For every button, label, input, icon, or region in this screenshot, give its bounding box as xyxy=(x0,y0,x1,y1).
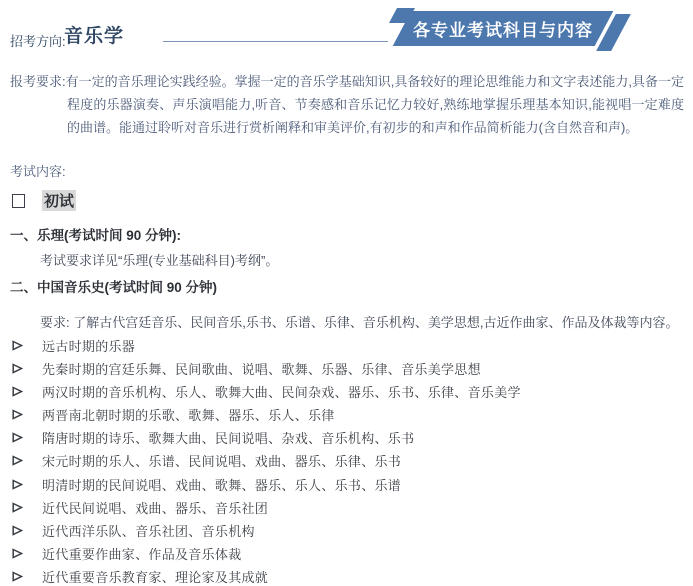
direction-label: 招考方向: xyxy=(10,31,66,50)
list-item-text: 宋元时期的乐人、乐谱、民间说唱、戏曲、器乐、乐律、乐书 xyxy=(42,451,401,470)
right-arrowhead-icon xyxy=(12,525,23,536)
list-item-text: 明清时期的民间说唱、戏曲、歌舞、器乐、乐人、乐书、乐谱 xyxy=(42,475,401,494)
header-rule xyxy=(163,41,388,42)
subject-2-heading: 二、中国音乐史(考试时间 90 分钟) xyxy=(10,276,217,296)
list-item: 两晋南北朝时期的乐歌、歌舞、器乐、乐人、乐律 xyxy=(12,406,682,423)
list-item-text: 近代重要音乐教育家、理论家及其成就 xyxy=(42,567,268,586)
list-item: 先秦时期的宫廷乐舞、民间歌曲、说唱、歌舞、乐器、乐律、音乐美学思想 xyxy=(12,360,682,377)
list-item-text: 隋唐时期的诗乐、歌舞大曲、民间说唱、杂戏、音乐机构、乐书 xyxy=(42,428,414,447)
direction-value: 音乐学 xyxy=(64,21,124,48)
list-item: 隋唐时期的诗乐、歌舞大曲、民间说唱、杂戏、音乐机构、乐书 xyxy=(12,429,682,446)
list-item-text: 远古时期的乐器 xyxy=(42,336,135,355)
right-arrowhead-icon xyxy=(12,340,23,351)
list-item: 近代民间说唱、戏曲、器乐、音乐社团 xyxy=(12,499,682,516)
application-requirements: 报考要求:有一定的音乐理论实践经验。掌握一定的音乐学基础知识,具备较好的理论思维… xyxy=(10,70,684,139)
list-item-text: 近代重要作曲家、作品及音乐体裁 xyxy=(42,544,242,563)
subject-2-detail: 要求: 了解古代宫廷音乐、民间音乐,乐书、乐谱、乐律、音乐机构、美学思想,古近作… xyxy=(8,312,685,335)
empty-checkbox-icon xyxy=(12,194,25,208)
list-item-text: 近代西洋乐队、音乐社团、音乐机构 xyxy=(42,521,255,540)
list-item: 近代重要音乐教育家、理论家及其成就 xyxy=(12,568,682,585)
list-item: 宋元时期的乐人、乐谱、民间说唱、戏曲、器乐、乐律、乐书 xyxy=(12,452,682,469)
right-arrowhead-icon xyxy=(12,409,23,420)
list-item-text: 两汉时期的音乐机构、乐人、歌舞大曲、民间杂戏、器乐、乐书、乐律、音乐美学 xyxy=(42,382,521,401)
right-arrowhead-icon xyxy=(12,432,23,443)
right-arrowhead-icon xyxy=(12,571,23,582)
list-item-text: 近代民间说唱、戏曲、器乐、音乐社团 xyxy=(42,498,268,517)
subject-1-heading: 一、乐理(考试时间 90 分钟): xyxy=(10,224,181,244)
stage-title: 初试 xyxy=(42,190,76,211)
right-arrowhead-icon xyxy=(12,363,23,374)
list-item: 近代西洋乐队、音乐社团、音乐机构 xyxy=(12,522,682,539)
subject-1-detail: 考试要求详见“乐理(专业基础科目)考纲”。 xyxy=(40,250,278,269)
list-item: 两汉时期的音乐机构、乐人、歌舞大曲、民间杂戏、器乐、乐书、乐律、音乐美学 xyxy=(12,383,682,400)
right-arrowhead-icon xyxy=(12,479,23,490)
right-arrowhead-icon xyxy=(12,455,23,466)
list-item: 近代重要作曲家、作品及音乐体裁 xyxy=(12,545,682,562)
section-banner: 各专业考试科目与内容 xyxy=(393,11,614,46)
list-item: 明清时期的民间说唱、戏曲、歌舞、器乐、乐人、乐书、乐谱 xyxy=(12,476,682,493)
topic-list: 远古时期的乐器 先秦时期的宫廷乐舞、民间歌曲、说唱、歌舞、乐器、乐律、音乐美学思… xyxy=(12,337,682,585)
list-item: 远古时期的乐器 xyxy=(12,337,682,354)
section-banner-text: 各专业考试科目与内容 xyxy=(413,16,593,41)
right-arrowhead-icon xyxy=(12,502,23,513)
list-item-text: 两晋南北朝时期的乐歌、歌舞、器乐、乐人、乐律 xyxy=(42,405,335,424)
right-arrowhead-icon xyxy=(12,386,23,397)
list-item-text: 先秦时期的宫廷乐舞、民间歌曲、说唱、歌舞、乐器、乐律、音乐美学思想 xyxy=(42,359,481,378)
stage-row: 初试 xyxy=(12,190,76,211)
exam-content-label: 考试内容: xyxy=(10,161,66,180)
right-arrowhead-icon xyxy=(12,548,23,559)
